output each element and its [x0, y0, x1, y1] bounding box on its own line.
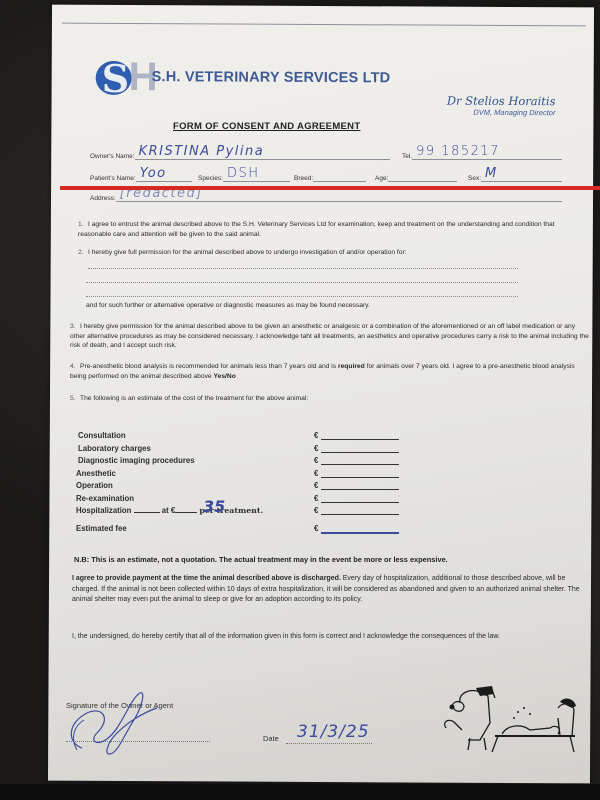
cost-row-estimated-fee: Estimated fee €: [72, 524, 412, 537]
cost-row-hospitalization: Hospitalization at € per treatment. 35 €: [72, 506, 412, 519]
cost-row-operation: Operation €: [72, 481, 412, 494]
tel-field[interactable]: Tel. 99 185217: [402, 145, 562, 160]
operation-line-1[interactable]: [88, 268, 518, 269]
director-name: Dr Stelios Horaitis: [447, 94, 556, 109]
cost-input-estimated-fee[interactable]: [321, 532, 399, 534]
date-line[interactable]: [286, 743, 372, 744]
cost-row-laboratory: Laboratory charges €: [72, 444, 412, 457]
director-title: DVM, Managing Director: [447, 108, 556, 118]
form-title: FORM OF CONSENT AND AGREEMENT: [173, 121, 360, 132]
tel-label: Tel.: [402, 153, 412, 160]
yes-no-choice[interactable]: Yes/No: [214, 373, 236, 380]
clause-3: 3.I hereby give permission for the anima…: [70, 322, 590, 351]
hospitalization-rate-input[interactable]: [175, 512, 197, 513]
cost-input-consultation[interactable]: [321, 439, 399, 440]
species-field[interactable]: Species: DSH: [198, 167, 290, 182]
hospitalization-days-input[interactable]: [134, 512, 160, 513]
cost-input-hospitalization[interactable]: [321, 514, 399, 515]
sex-value: M: [485, 166, 498, 181]
sex-label: Sex:: [468, 175, 481, 182]
top-rule: [62, 23, 586, 27]
clause-2-continuation: and for such further or alternative oper…: [86, 301, 564, 311]
patient-row: Patient's Name: Yoo Species: DSH Breed: …: [38, 166, 562, 182]
company-name: S.H. VETERINARY SERVICES LTD: [152, 69, 391, 86]
breed-label: Breed:: [294, 175, 313, 182]
cost-row-anesthetic: Anesthetic €: [72, 469, 412, 482]
owner-name-label: Owner's Name:: [90, 153, 135, 160]
owner-name-field[interactable]: Owner's Name: KRISTINA Pylina: [90, 145, 390, 160]
signature-scribble: [62, 688, 172, 758]
age-field[interactable]: Age:: [375, 167, 457, 182]
cost-input-anesthetic[interactable]: [321, 477, 399, 478]
cost-row-reexamination: Re-examination €: [72, 494, 412, 507]
vet-cartoon-illustration: [440, 678, 590, 758]
patient-name-label: Patient's Name:: [90, 175, 136, 182]
cost-estimate-list: Consultation € Laboratory charges € Diag…: [72, 431, 412, 536]
tel-value: 99 185217: [416, 144, 500, 159]
certify-clause: I, the undersigned, do hereby certify th…: [72, 632, 592, 643]
clause-5: 4.5.The following is an estimate of the …: [70, 394, 590, 404]
logo-s: S: [102, 56, 130, 101]
cost-input-laboratory[interactable]: [321, 452, 399, 453]
sh-logo: S H: [96, 61, 158, 95]
hospitalization-rate-value: 35: [203, 497, 225, 516]
cost-input-reexamination[interactable]: [321, 502, 399, 503]
owner-row: Owner's Name: KRISTINA Pylina Tel. 99 18…: [38, 144, 562, 160]
cost-input-operation[interactable]: [321, 489, 399, 490]
cost-row-consultation: Consultation €: [72, 431, 412, 444]
operation-line-2[interactable]: [86, 282, 518, 283]
director-block: Dr Stelios Horaitis DVM, Managing Direct…: [447, 94, 556, 118]
species-value: DSH: [227, 166, 260, 181]
clause-2: 2.I hereby give full permission for the …: [78, 248, 556, 258]
patient-name-field[interactable]: Patient's Name: Yoo: [90, 167, 192, 182]
owner-name-value: KRISTINA Pylina: [139, 144, 265, 159]
cost-row-imaging: Diagnostic imaging procedures €: [72, 456, 412, 469]
patient-name-value: Yoo: [140, 166, 167, 181]
clause-1: 1.I agree to entrust the animal describe…: [78, 220, 556, 239]
redaction-bar: [60, 186, 600, 190]
nb-note: N.B: This is an estimate, not a quotatio…: [74, 555, 448, 564]
date-value: 31/3/25: [297, 722, 370, 742]
cost-input-imaging[interactable]: [321, 464, 399, 465]
species-label: Species:: [198, 175, 223, 182]
breed-field[interactable]: Breed:: [294, 167, 366, 182]
operation-line-3[interactable]: [86, 296, 518, 297]
age-label: Age:: [375, 175, 388, 182]
clause-4: 4.Pre-anesthetic blood analysis is recom…: [70, 362, 590, 381]
date-label: Date: [263, 734, 279, 743]
sex-field[interactable]: Sex: M: [468, 167, 562, 182]
address-label: Address:: [90, 195, 116, 202]
payment-clause: I agree to provide payment at the time t…: [72, 574, 592, 606]
bottom-shadow: [0, 784, 600, 800]
